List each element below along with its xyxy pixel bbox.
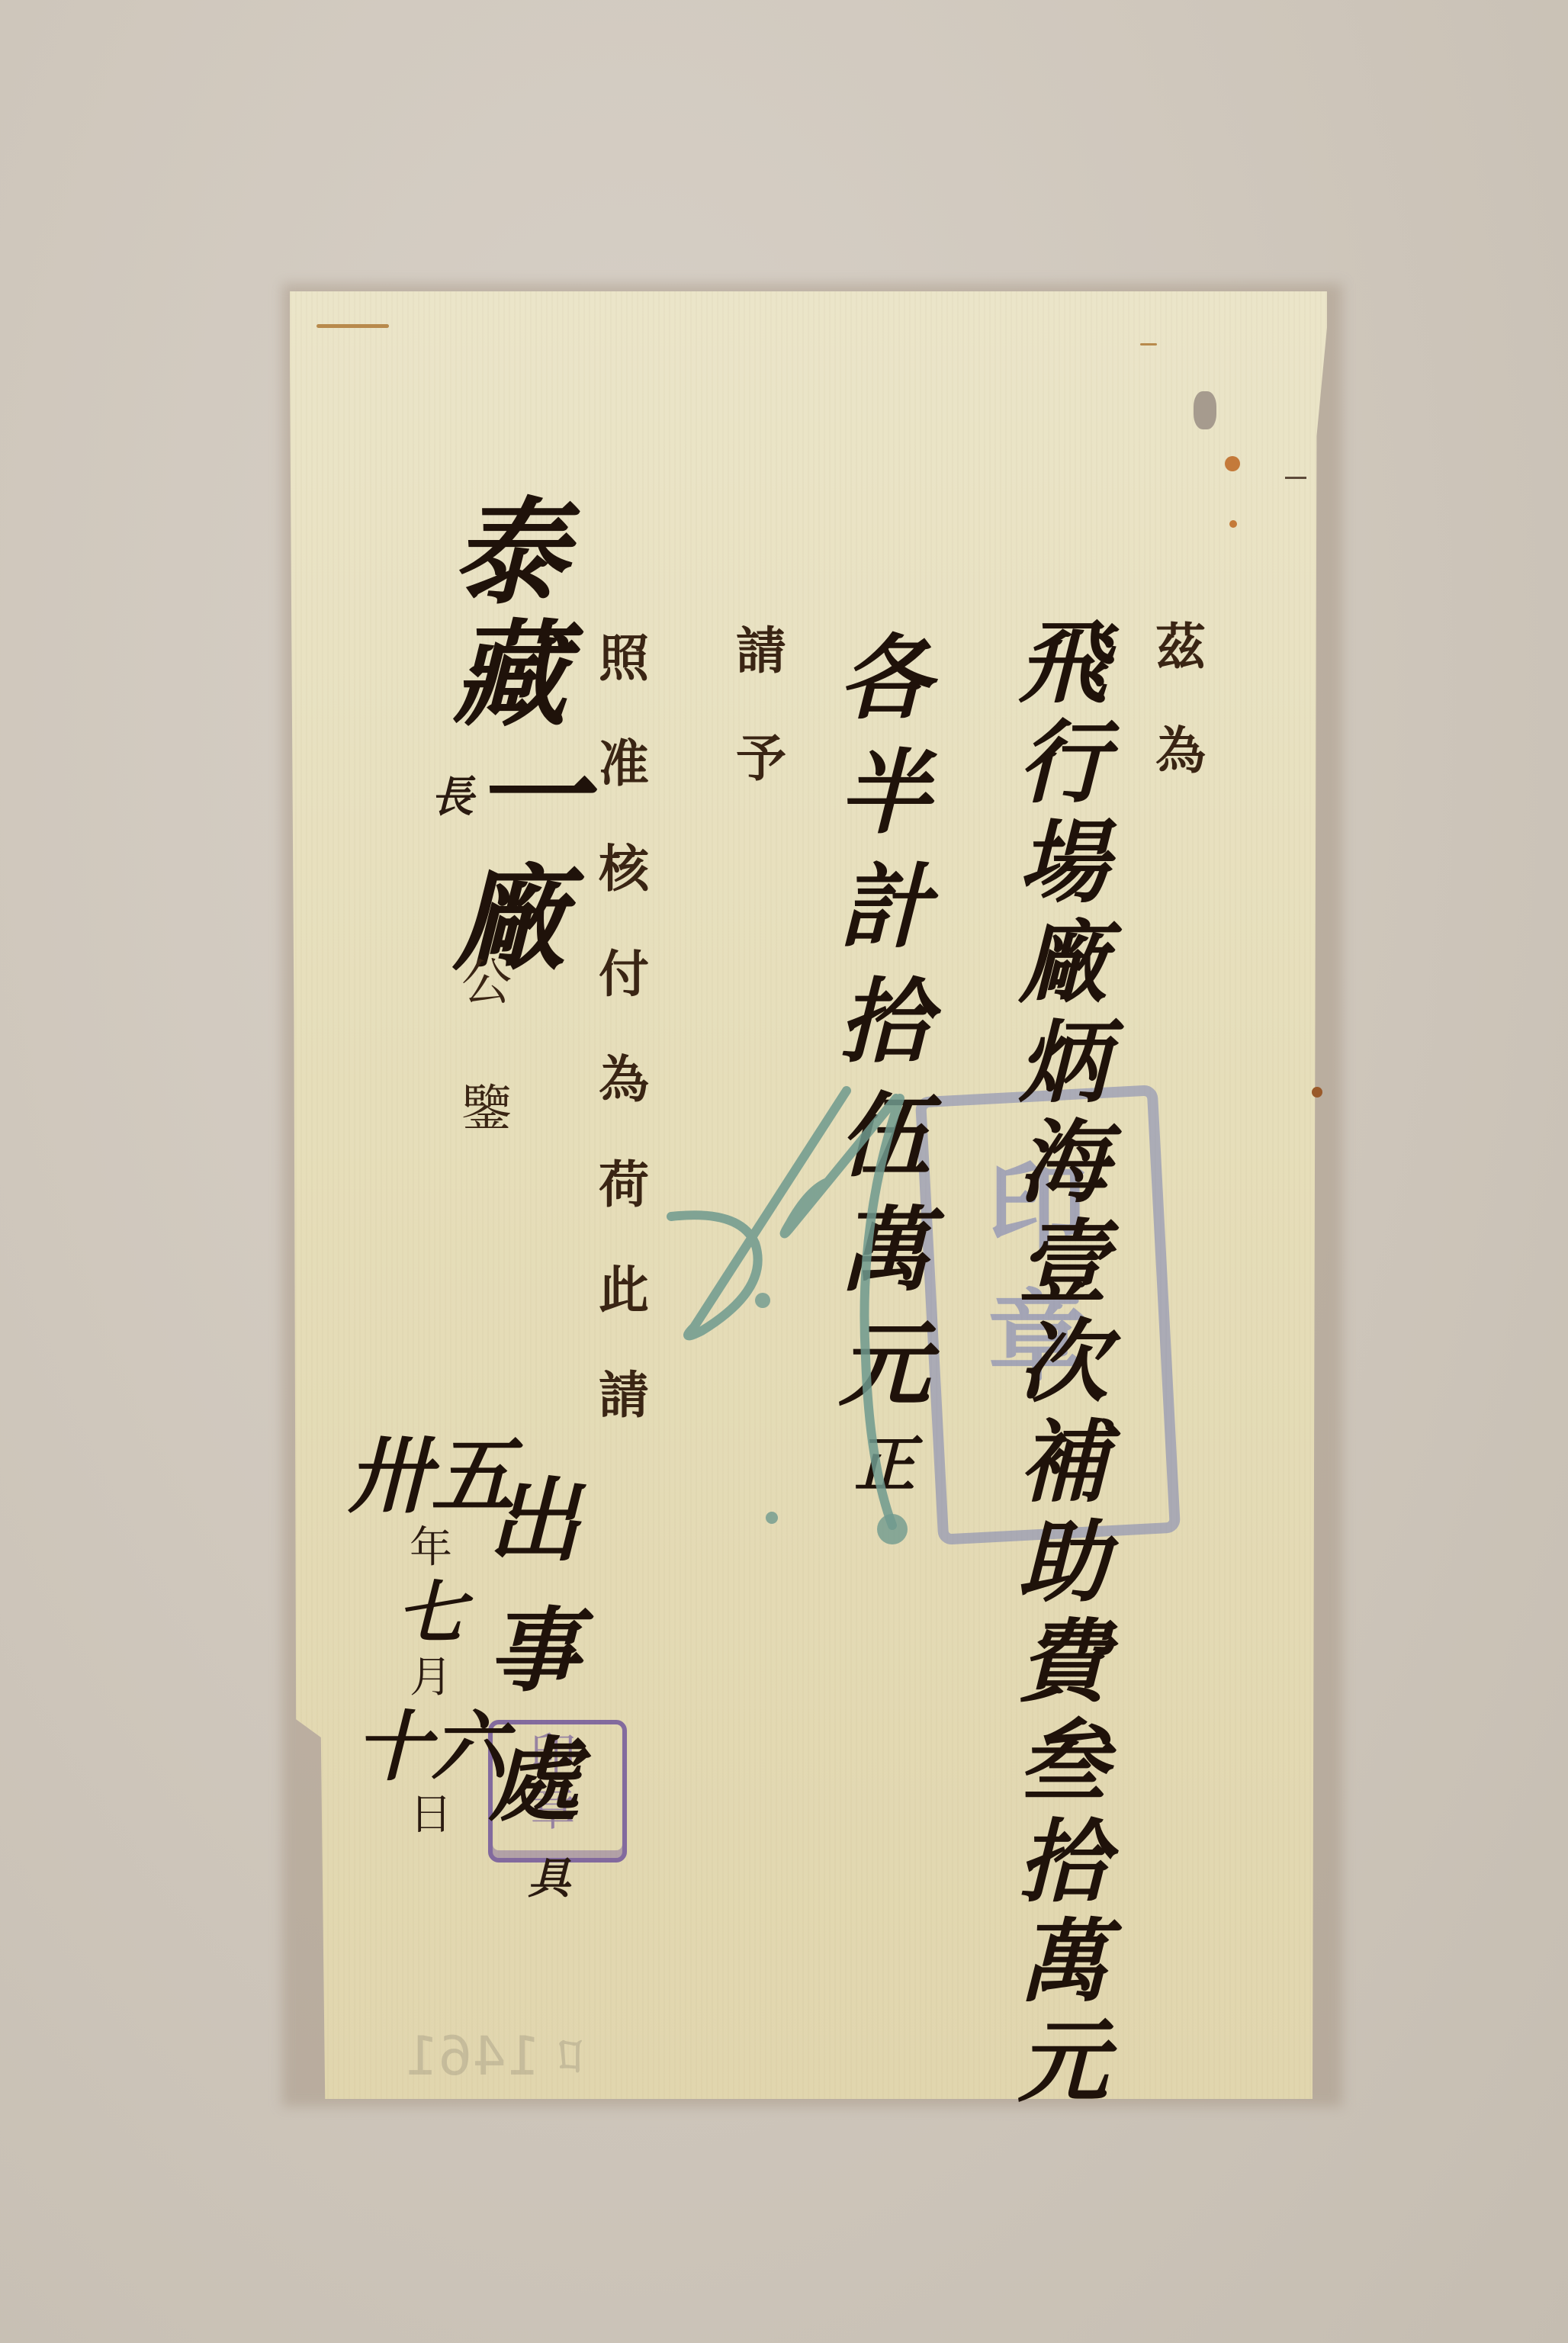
char: 海 [1018, 1117, 1108, 1207]
char: 飛 [1018, 618, 1108, 708]
edge-mark [1285, 477, 1306, 479]
paper-hole [1194, 391, 1216, 429]
char: 一 [474, 740, 588, 854]
column-request: 請 予 [736, 625, 786, 783]
char: 炳 [1018, 1017, 1108, 1107]
edge-mark [1140, 343, 1157, 346]
stain-spot [1225, 456, 1240, 471]
char: 鑒 [461, 1084, 512, 1134]
char: 為 [599, 1054, 649, 1104]
char: 壹 [1018, 1217, 1108, 1307]
char: 次 [1018, 1317, 1108, 1407]
date-year-value: 卅五 [347, 1434, 515, 1518]
char: 助 [1018, 1517, 1108, 1607]
char: 請 [599, 1370, 649, 1420]
char: 荷 [599, 1159, 649, 1210]
char: 元 [1018, 2017, 1108, 2107]
char: 茲 [1155, 622, 1206, 672]
stain-spot [1229, 520, 1237, 528]
char: 公 [461, 957, 512, 1008]
date-month-value: 七 [397, 1579, 465, 1647]
char: 泰 [452, 496, 567, 610]
approval-scribble-icon [656, 1068, 999, 1556]
char: 拾 [1018, 1817, 1108, 1907]
char: 計 [839, 862, 930, 953]
date-day-value: 十六 [355, 1708, 507, 1785]
column-addressee: 泰 藏 長 一 廠 [431, 496, 588, 976]
char: 場 [1018, 818, 1108, 908]
char: 此 [599, 1265, 649, 1315]
column-approval: 照 准 核 付 為 荷 此 請 [599, 633, 649, 1420]
edge-mark [316, 324, 389, 328]
date-month-unit: 月 [410, 1657, 452, 1699]
char: 為 [1155, 725, 1206, 776]
char: 藏 [452, 618, 567, 732]
char: 半 [839, 747, 930, 839]
char: 核 [599, 844, 649, 894]
column-subject: 飛 行 場 廠 炳 海 壹 次 補 助 費 叁 拾 萬 元 [1018, 618, 1108, 2107]
column-opening: 茲 為 [1155, 622, 1206, 776]
char: 照 [599, 633, 649, 683]
char: 叁 [1018, 1717, 1108, 1807]
char: 費 [1018, 1617, 1108, 1707]
char: 廠 [1018, 918, 1108, 1008]
column-date: 卅五 年 七 月 十六 日 [347, 1434, 515, 1837]
char: 萬 [1018, 1917, 1108, 2007]
char-small: 長 [431, 776, 474, 818]
char: 補 [1018, 1417, 1108, 1507]
char-small: 具 [528, 1857, 570, 1900]
char: 請 [736, 625, 786, 676]
char: 拾 [839, 976, 930, 1068]
char: 准 [599, 738, 649, 789]
char: 行 [1018, 718, 1108, 808]
char: 各 [839, 633, 930, 725]
char: 予 [736, 733, 786, 783]
date-year-unit: 年 [410, 1527, 452, 1570]
pencil-bleed-through: ﾛ 1461 [404, 2014, 583, 2091]
column-salutation: 公 鑒 [461, 957, 512, 1134]
date-day-unit: 日 [410, 1794, 452, 1837]
stain-spot [1312, 1087, 1322, 1098]
char-group: 長 一 [431, 740, 588, 854]
char: 付 [599, 949, 649, 999]
